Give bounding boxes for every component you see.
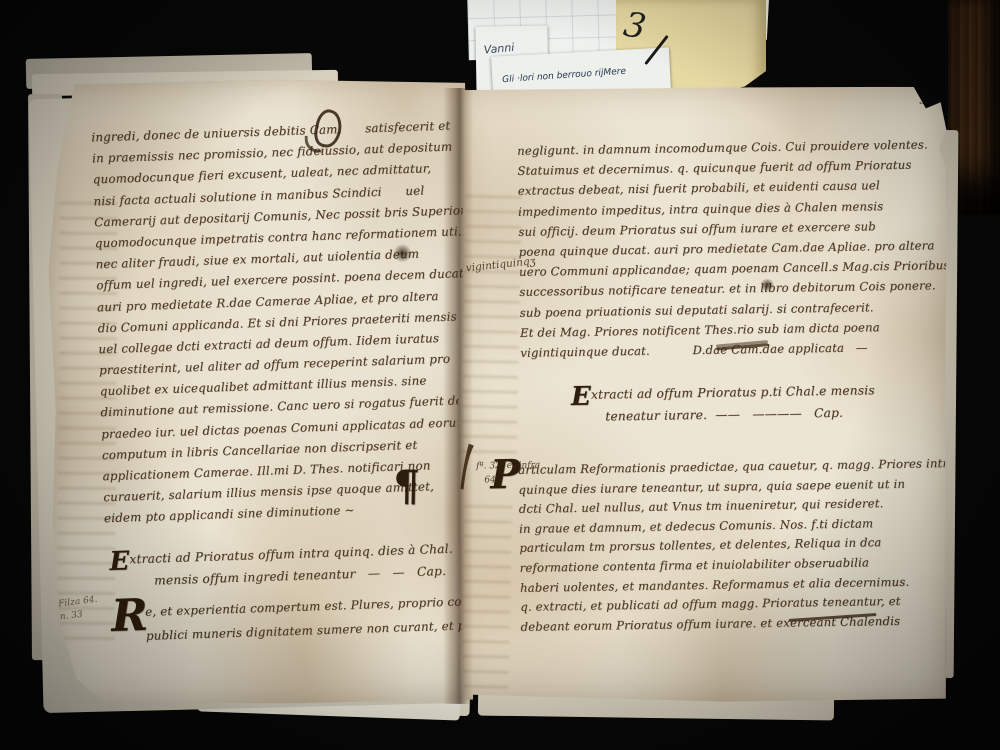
right-paragraph-1: negligunt. in damnum incomodumque Cois. … — [517, 134, 951, 363]
slip-note-text: Gli ·lori non berrouo rijMere — [502, 67, 626, 86]
paragraph-mark-icon: ¶ — [393, 461, 421, 511]
folio-number: 35 — [919, 93, 934, 107]
paragraph-initial: P — [490, 451, 521, 498]
right-manuscript-page: 35 negligunt. in damnum incomodumque Coi… — [454, 85, 948, 705]
left-manuscript-page: ingredi, donec de uniuersis debitis Cam.… — [45, 78, 474, 710]
slip-note-text: Vanni — [483, 41, 515, 57]
paragraph-initial: R — [110, 590, 148, 642]
archival-margin-note: Filza 64. n. 33 — [58, 594, 100, 625]
heading-line: teneatur iurare. —— ———— Cap. — [605, 406, 843, 424]
heading-line: mensis offum ingredi teneantur — — Cap. — [154, 564, 446, 588]
heading-line: xtracti ad Prioratus offum intra quinq. … — [129, 542, 453, 567]
heading-initial: E — [109, 546, 130, 577]
heading-initial: E — [571, 382, 592, 412]
manuscript-photo: 3 Vanni ubi Gli ·lori non berrouo rijMer… — [0, 0, 1000, 750]
folder-ink-mark: 3 — [621, 4, 649, 47]
right-paragraph-2: articulam Reformationis praedictae, qua … — [518, 454, 958, 637]
left-paragraph-1: ingredi, donec de uniuersis debitis Cam.… — [91, 115, 486, 530]
heading-line: xtracti ad offum Prioratus p.ti Chal.e m… — [591, 383, 875, 401]
quill-paragraph-mark-icon — [460, 444, 477, 492]
